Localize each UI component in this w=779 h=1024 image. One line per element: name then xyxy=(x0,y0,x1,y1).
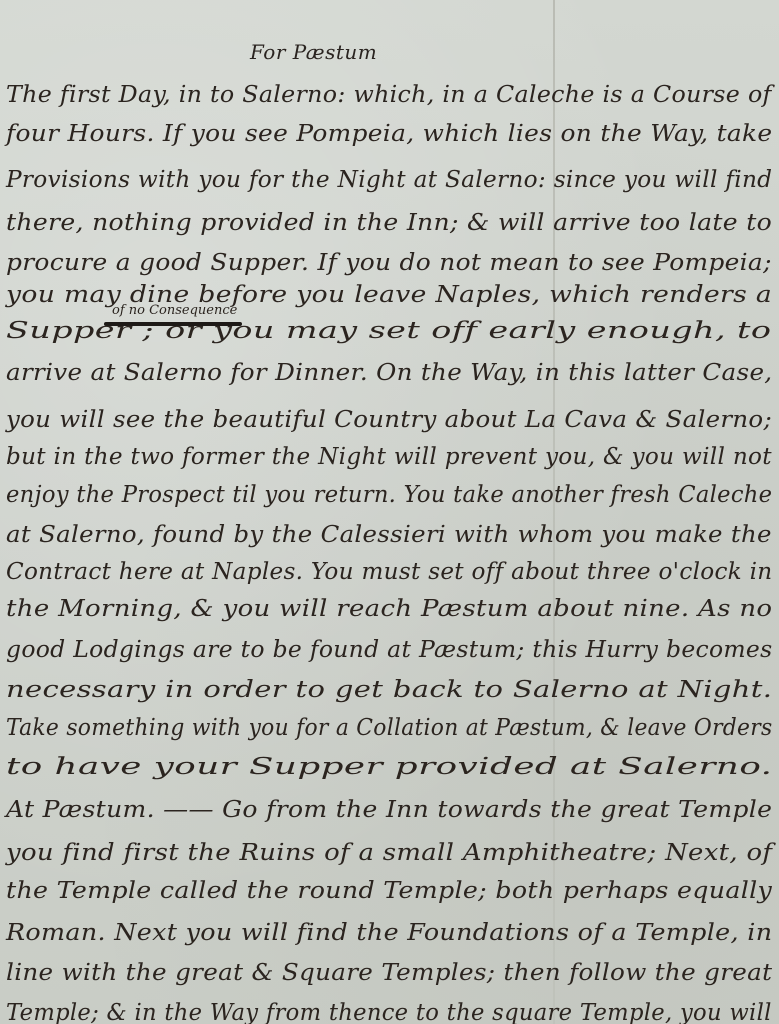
page-title: For Pæstum xyxy=(250,40,377,64)
text-line: line with the great & Square Temples; th… xyxy=(6,960,772,986)
text-line: necessary in order to get back to Salern… xyxy=(6,677,772,703)
text-line: At Pæstum. —— Go from the Inn towards th… xyxy=(6,797,772,823)
text-line: procure a good Supper. If you do not mea… xyxy=(6,250,772,276)
text-line: arrive at Salerno for Dinner. On the Way… xyxy=(6,360,772,386)
text-line: you will see the beautiful Country about… xyxy=(6,407,772,433)
text-line: The first Day, in to Salerno: which, in … xyxy=(6,82,772,108)
text-line: there, nothing provided in the Inn; & wi… xyxy=(6,210,772,236)
text-line: at Salerno, found by the Calessieri with… xyxy=(6,522,772,548)
text-line: the Morning, & you will reach Pæstum abo… xyxy=(6,596,772,622)
text-line: good Lodgings are to be found at Pæstum;… xyxy=(6,637,772,663)
paper-fold-crease xyxy=(553,0,555,1024)
text-line: enjoy the Prospect til you return. You t… xyxy=(6,482,772,508)
text-line: Roman. Next you will find the Foundation… xyxy=(6,920,772,946)
text-line: you find first the Ruins of a small Amph… xyxy=(6,840,772,866)
text-line: you may dine before you leave Naples, wh… xyxy=(6,282,772,308)
text-line: Contract here at Naples. You must set of… xyxy=(6,559,772,585)
text-line: Supper ; or you may set off early enough… xyxy=(6,318,771,344)
text-line: the Temple called the round Temple; both… xyxy=(6,878,772,904)
text-line: to have your Supper provided at Salerno. xyxy=(6,754,772,780)
text-line: Take something with you for a Collation … xyxy=(6,715,772,741)
text-line: Temple; & in the Way from thence to the … xyxy=(6,1000,772,1024)
text-line: four Hours. If you see Pompeia, which li… xyxy=(6,121,772,147)
manuscript-page: For Pæstum of no Consequence The first D… xyxy=(0,0,779,1024)
text-line: but in the two former the Night will pre… xyxy=(6,444,772,470)
text-line: Provisions with you for the Night at Sal… xyxy=(6,167,772,193)
